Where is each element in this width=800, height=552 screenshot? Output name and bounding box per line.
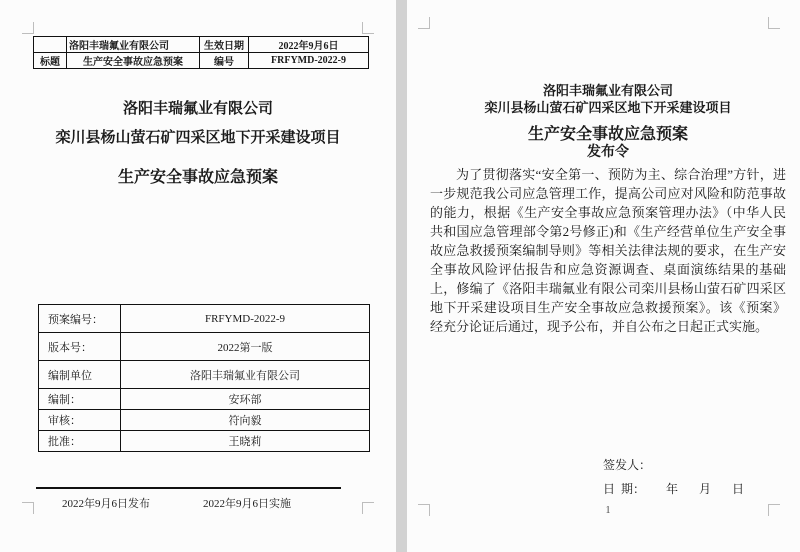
table-row: 批准： 王晓莉 <box>39 431 370 452</box>
table-row: 标题 生产安全事故应急预案 编号 FRFYMD-2022-9 <box>34 53 369 69</box>
plan-number-value: FRFYMD-2022-9 <box>121 305 370 333</box>
header-cell-empty <box>34 37 67 53</box>
header-cell-company: 洛阳丰瑞氟业有限公司 <box>67 37 200 53</box>
compiler-value: 安环部 <box>121 389 370 410</box>
page-number: 1 <box>430 505 786 516</box>
version-label: 版本号： <box>39 333 121 361</box>
project-name: 栾川县杨山萤石矿四采区地下开采建设项目 <box>430 97 786 116</box>
crop-mark-top-right <box>362 22 374 34</box>
page-2-content: 洛阳丰瑞氟业有限公司 栾川县杨山萤石矿四采区地下开采建设项目 生产安全事故应急预… <box>430 0 786 552</box>
document-title: 生产安全事故应急预案 <box>0 164 396 187</box>
header-cell-title: 生产安全事故应急预案 <box>67 53 200 69</box>
cover-title-block: 洛阳丰瑞氟业有限公司 栾川县杨山萤石矿四采区地下开采建设项目 生产安全事故应急预… <box>0 97 396 187</box>
header-cell-effective-date-label: 生效日期 <box>200 37 249 53</box>
plan-info-table: 预案编号： FRFYMD-2022-9 版本号： 2022第一版 编制单位 洛阳… <box>38 304 370 452</box>
reviewer-value: 符向毅 <box>121 410 370 431</box>
version-value: 2022第一版 <box>121 333 370 361</box>
page-1-cover[interactable]: 洛阳丰瑞氟业有限公司 生效日期 2022年9月6日 标题 生产安全事故应急预案 … <box>0 0 396 552</box>
section-title-publication-order: 发布令 <box>430 141 786 161</box>
company-name: 洛阳丰瑞氟业有限公司 <box>0 97 396 118</box>
table-row: 预案编号： FRFYMD-2022-9 <box>39 305 370 333</box>
table-row: 编制： 安环部 <box>39 389 370 410</box>
compiler-label: 编制： <box>39 389 121 410</box>
table-row: 审核： 符向毅 <box>39 410 370 431</box>
document-header-table: 洛阳丰瑞氟业有限公司 生效日期 2022年9月6日 标题 生产安全事故应急预案 … <box>33 36 369 69</box>
publish-date: 2022年9月6日发布 <box>62 495 150 511</box>
table-row: 版本号： 2022第一版 <box>39 333 370 361</box>
crop-mark-top-left <box>418 17 430 29</box>
crop-mark-bottom-left <box>418 504 430 516</box>
page-gap-divider <box>396 0 407 552</box>
approver-value: 王晓莉 <box>121 431 370 452</box>
compiling-unit-label: 编制单位 <box>39 361 121 389</box>
header-cell-effective-date: 2022年9月6日 <box>249 37 369 53</box>
header-cell-number-label: 编号 <box>200 53 249 69</box>
plan-number-label: 预案编号： <box>39 305 121 333</box>
header-cell-title-label: 标题 <box>34 53 67 69</box>
date-line: 日 期： 年 月 日 <box>603 480 744 497</box>
reviewer-label: 审核： <box>39 410 121 431</box>
document-preview-canvas: 洛阳丰瑞氟业有限公司 生效日期 2022年9月6日 标题 生产安全事故应急预案 … <box>0 0 800 552</box>
page-2-publication-order[interactable]: 洛阳丰瑞氟业有限公司 栾川县杨山萤石矿四采区地下开采建设项目 生产安全事故应急预… <box>407 0 800 552</box>
signer-label: 签发人： <box>603 456 651 473</box>
table-row: 编制单位 洛阳丰瑞氟业有限公司 <box>39 361 370 389</box>
crop-mark-top-left <box>22 22 34 34</box>
crop-mark-bottom-left <box>22 502 34 514</box>
compiling-unit-value: 洛阳丰瑞氟业有限公司 <box>121 361 370 389</box>
table-row: 洛阳丰瑞氟业有限公司 生效日期 2022年9月6日 <box>34 37 369 53</box>
implement-date: 2022年9月6日实施 <box>203 495 291 511</box>
header-cell-number: FRFYMD-2022-9 <box>249 53 369 69</box>
crop-mark-bottom-right <box>362 502 374 514</box>
footer-separator-line <box>36 487 341 489</box>
publication-order-paragraph: 为了贯彻落实“安全第一、预防为主、综合治理”方针，进一步规范我公司应急管理工作，… <box>430 165 786 336</box>
approver-label: 批准： <box>39 431 121 452</box>
project-name: 栾川县杨山萤石矿四采区地下开采建设项目 <box>0 126 396 147</box>
